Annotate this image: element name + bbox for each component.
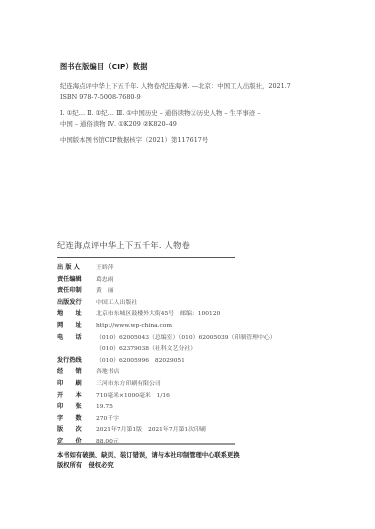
info-row-printer: 印 刷三河市东方印刷有限公司	[57, 378, 357, 390]
info-row-distribution: 出版发行中国工人出版社	[57, 297, 357, 309]
info-label: 版 次	[57, 424, 96, 433]
info-label: 网 址	[57, 320, 96, 329]
info-value: http://www.wp-china.com	[96, 323, 172, 329]
info-label: 责任印制	[57, 285, 96, 294]
cip-classification-line: Ⅰ. ①纪… Ⅱ. ①纪… Ⅲ. ①中国历史 – 通俗读物②历史人物 – 生平事…	[60, 108, 360, 119]
footer-notice: 本书如有破损、缺页、装订错误，请与本社印制管理中心联系更换 版权所有 侵权必究	[57, 451, 240, 470]
cip-isbn: ISBN 978-7-5008-7680-9	[60, 92, 360, 103]
book-title: 纪连海点评中华上下五千年. 人物卷	[57, 240, 190, 251]
info-row-phone-continued: （010）62379038（社科文艺分社）	[57, 343, 357, 355]
info-row-website: 网 址http://www.wp-china.com	[57, 320, 357, 332]
info-label: 出 版 人	[57, 262, 96, 271]
info-value: 19.75	[96, 404, 113, 410]
cip-number: 中国版本图书馆CIP数据核字（2021）第117617号	[60, 135, 360, 146]
info-row-sheets: 印 张19.75	[57, 401, 357, 413]
info-row-address: 地 址北京市东城区鼓楼外大街45号 邮编：100120	[57, 308, 357, 320]
info-row-publisher: 出 版 人王娇萍	[57, 262, 357, 274]
info-value: 葛忠雨	[96, 274, 114, 283]
info-value: 2021年7月第1版 2021年7月第1次印刷	[96, 424, 206, 433]
info-label: 电 话	[57, 332, 96, 341]
info-row-phone: 电 话（010）62005043（总编室）（010）62005039（印制管理中…	[57, 332, 357, 344]
info-value: （010）62379038（社科文艺分社）	[96, 343, 196, 352]
info-row-seller: 经 销各地书店	[57, 366, 357, 378]
info-row-edition: 版 次2021年7月第1版 2021年7月第1次印刷	[57, 424, 357, 436]
cip-data-block: 图书在版编目（CIP）数据 纪连海点评中华上下五千年. 人物卷/纪连海著. —北…	[60, 62, 360, 146]
info-label: 印 张	[57, 401, 96, 410]
copyright-notice: 版权所有 侵权必究	[57, 461, 240, 471]
cip-heading: 图书在版编目（CIP）数据	[60, 62, 360, 72]
info-label: 责任编辑	[57, 274, 96, 283]
divider-top	[57, 257, 235, 258]
info-value: 中国工人出版社	[96, 297, 137, 306]
info-value: 各地书店	[96, 366, 120, 375]
info-row-format: 开 本710毫米×1000毫米 1/16	[57, 390, 357, 402]
info-value: 王娇萍	[96, 262, 114, 271]
info-label: 经 销	[57, 366, 96, 375]
info-value: （010）62005996 82029051	[96, 355, 185, 364]
info-label: 开 本	[57, 390, 96, 399]
info-row-print-supervisor: 责任印制黄 丽	[57, 285, 357, 297]
info-value: 三河市东方印刷有限公司	[96, 378, 161, 387]
cip-classification-line: 中国 – 通俗读物 Ⅳ. ①K209 ②K820–49	[60, 119, 360, 130]
replacement-notice: 本书如有破损、缺页、装订错误，请与本社印制管理中心联系更换	[57, 451, 240, 461]
info-label: 印 刷	[57, 378, 96, 387]
info-value: 710毫米×1000毫米 1/16	[96, 390, 170, 399]
info-label: 地 址	[57, 308, 96, 317]
info-label: 发行热线	[57, 355, 96, 364]
info-row-price: 定 价88.00元	[57, 436, 357, 448]
info-value: 270千字	[96, 413, 119, 422]
info-row-word-count: 字 数270千字	[57, 413, 357, 425]
info-label: 字 数	[57, 413, 96, 422]
info-value: 北京市东城区鼓楼外大街45号 邮编：100120	[96, 308, 220, 317]
info-value: 黄 丽	[96, 285, 114, 294]
info-label: 出版发行	[57, 297, 96, 306]
info-value: （010）62005043（总编室）（010）62005039（印制管理中心）	[96, 332, 276, 341]
divider-bottom	[57, 443, 235, 445]
cip-catalog-line: 纪连海点评中华上下五千年. 人物卷/纪连海著. —北京：中国工人出版社，2021…	[60, 81, 360, 92]
info-row-editor: 责任编辑葛忠雨	[57, 274, 357, 286]
info-row-hotline: 发行热线（010）62005996 82029051	[57, 355, 357, 367]
publication-info: 出 版 人王娇萍 责任编辑葛忠雨 责任印制黄 丽 出版发行中国工人出版社 地 址…	[57, 262, 357, 448]
